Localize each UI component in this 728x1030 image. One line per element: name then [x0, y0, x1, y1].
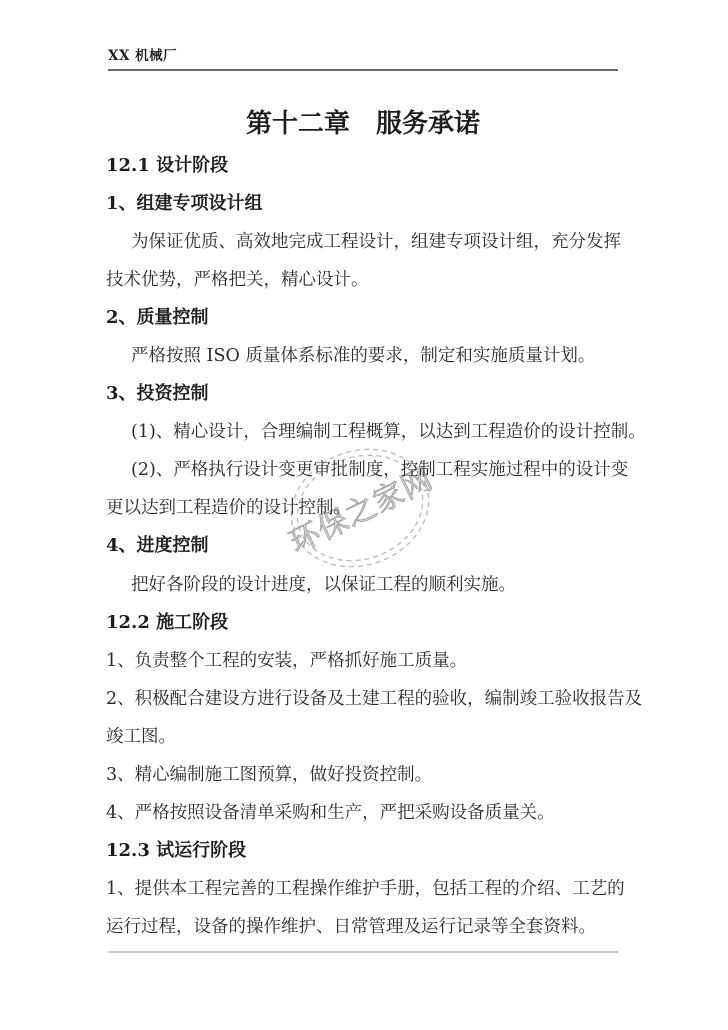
sub-heading: 3、投资控制	[106, 375, 620, 413]
section-heading: 12.3 试运行阶段	[106, 832, 620, 870]
document-body: 12.1 设计阶段 1、组建专项设计组 为保证优质、高效地完成工程设计，组建专项…	[106, 147, 620, 946]
sub-heading: 4、进度控制	[106, 527, 620, 565]
text-line: 技术优势，严格把关，精心设计。	[106, 261, 620, 299]
sub-heading: 1、组建专项设计组	[106, 185, 620, 223]
text-line: (2)、严格执行设计变更审批制度，控制工程实施过程中的设计变	[106, 451, 620, 489]
text-line: 严格按照 ISO 质量体系标准的要求，制定和实施质量计划。	[106, 337, 620, 375]
text-line: 4、严格按照设备清单采购和生产，严把采购设备质量关。	[106, 794, 620, 832]
footer-rule	[108, 951, 618, 953]
company-name: XX 机械厂	[108, 48, 618, 64]
text-line: 运行过程，设备的操作维护、日常管理及运行记录等全套资料。	[106, 908, 620, 946]
text-line: 更以达到工程造价的设计控制。	[106, 489, 620, 527]
text-line: 为保证优质、高效地完成工程设计，组建专项设计组，充分发挥	[106, 223, 620, 261]
section-heading: 12.1 设计阶段	[106, 147, 620, 185]
section-heading: 12.2 施工阶段	[106, 604, 620, 642]
text-line: 3、精心编制施工图预算，做好投资控制。	[106, 756, 620, 794]
page-header: XX 机械厂	[108, 48, 618, 71]
text-line: 竣工图。	[106, 718, 620, 756]
document-page: XX 机械厂 第十二章 服务承诺 环保之家网 12.1 设计阶段 1、组建专项设…	[0, 0, 728, 1030]
text-line: (1)、精心设计，合理编制工程概算，以达到工程造价的设计控制。	[106, 413, 620, 451]
text-line: 2、积极配合建设方进行设备及土建工程的验收，编制竣工验收报告及	[106, 680, 620, 718]
text-line: 1、提供本工程完善的工程操作维护手册，包括工程的介绍、工艺的	[106, 870, 620, 908]
sub-heading: 2、质量控制	[106, 299, 620, 337]
text-line: 把好各阶段的设计进度，以保证工程的顺利实施。	[106, 566, 620, 604]
text-line: 1、负责整个工程的安装，严格抓好施工质量。	[106, 642, 620, 680]
page-title: 第十二章 服务承诺	[108, 104, 618, 144]
